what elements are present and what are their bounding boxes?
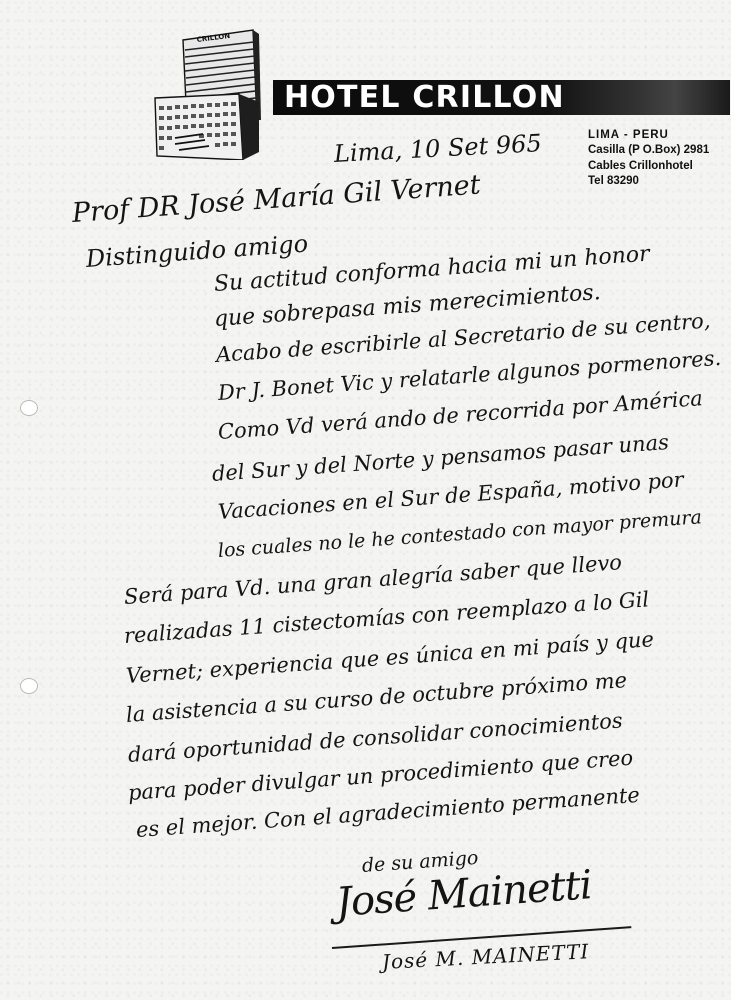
address-cables: Cables Crillonhotel	[588, 159, 709, 174]
hotel-building-icon: CRILLON	[153, 28, 261, 160]
hotel-address-block: LIMA - PERU Casilla (P O.Box) 2981 Cable…	[588, 128, 709, 189]
punch-hole-lower	[20, 678, 38, 694]
address-city: LIMA - PERU	[588, 128, 709, 143]
punch-hole-upper	[20, 400, 38, 416]
paper-edge	[731, 0, 748, 1000]
hotel-name-banner: HOTEL CRILLON	[273, 80, 730, 115]
address-tel: Tel 83290	[588, 174, 709, 189]
address-po-box: Casilla (P O.Box) 2981	[588, 143, 709, 158]
hotel-name: HOTEL CRILLON	[284, 80, 565, 115]
